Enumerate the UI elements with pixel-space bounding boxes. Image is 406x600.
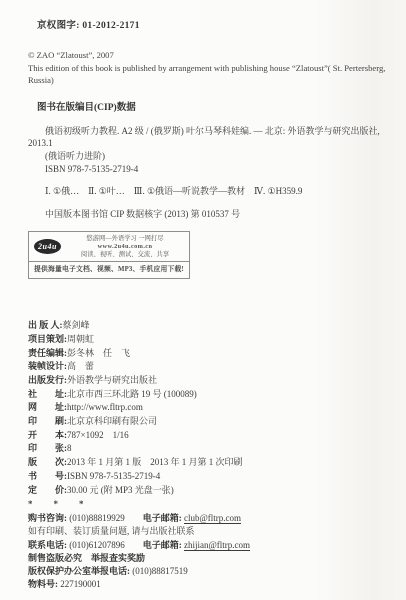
publication-info-value: 2013 年 1 月第 1 版 2013 年 1 月第 1 次印刷 <box>67 456 243 470</box>
cip-classification: Ⅰ. ①俄… Ⅱ. ①叶… Ⅲ. ①俄语—听说教学—教材 Ⅳ. ①H359.9 <box>45 185 392 197</box>
promo-url: www.2u4u.com.cn <box>66 243 184 251</box>
publication-info-row: 印 刷: 北京京科印刷有限公司 <box>28 415 392 429</box>
contact-text: 电子邮箱: <box>143 540 184 550</box>
publication-info-value: http://www.fltrp.com <box>67 401 143 415</box>
publication-info-value: 30.00 元 (附 MP3 光盘一张) <box>67 484 174 498</box>
publication-info-row: 书 号: ISBN 978-7-5135-2719-4 <box>28 470 392 484</box>
contact-text: 联系电话: <box>28 540 69 550</box>
cip-isbn: ISBN 978-7-5135-2719-4 <box>45 163 392 175</box>
publication-info-value: 787×1092 1/16 <box>67 429 129 443</box>
contact-row: 版权保护办公室举报电话: (010)88817519 <box>28 565 392 578</box>
promo-box: 2u4u 悠游网—外语学习 一网打尽 www.2u4u.com.cn 阅读、视听… <box>28 231 190 280</box>
publication-info-label: 书 号: <box>28 470 67 484</box>
publication-info: 出 版 人: 蔡剑峰 项目策划: 周朝虹 责任编辑: 彭冬林 任 飞 装帧设计:… <box>28 319 392 497</box>
promo-footer: 提供海量电子文档、视频、MP3、手机应用下载! <box>29 261 189 278</box>
publication-info-value: 周朝虹 <box>67 333 94 347</box>
copyright-notice: © ZAO “Zlatoust”, 2007 This edition of t… <box>28 49 392 87</box>
publication-info-label: 网 址: <box>28 401 67 415</box>
contact-text: 购书咨询: <box>28 513 69 523</box>
book-copyright-page: 京权图字: 01-2012-2171 © ZAO “Zlatoust”, 200… <box>0 0 406 600</box>
publication-info-value: 蔡剑峰 <box>63 319 90 333</box>
copyright-line: © ZAO “Zlatoust”, 2007 <box>28 49 392 62</box>
publication-info-label: 责任编辑: <box>28 347 67 361</box>
2u4u-logo-icon: 2u4u <box>34 239 61 254</box>
contact-text: (010)88817519 <box>132 566 188 576</box>
contact-text: (010)61207896 <box>69 540 143 550</box>
publication-info-label: 开 本: <box>28 429 67 443</box>
cip-record-number: 中国版本图书馆 CIP 数据核字 (2013) 第 010537 号 <box>45 208 392 220</box>
publication-info-label: 版 次: <box>28 456 67 470</box>
promo-text: 悠游网—外语学习 一网打尽 www.2u4u.com.cn 阅读、视听、测试、交… <box>66 235 184 260</box>
contact-text: (010)88819929 <box>69 513 143 523</box>
email-link: zhijian@fltrp.com <box>184 540 250 550</box>
publication-info-label: 装帧设计: <box>28 360 67 374</box>
publication-info-value: 8 <box>67 442 72 456</box>
publication-info-row: 印 张: 8 <box>28 442 392 456</box>
contact-text: 227190001 <box>60 579 101 589</box>
publication-info-value: ISBN 978-7-5135-2719-4 <box>67 470 160 484</box>
publication-info-row: 社 址: 北京市西三环北路 19 号 (100089) <box>28 388 392 402</box>
publication-info-row: 项目策划: 周朝虹 <box>28 333 392 347</box>
publication-info-row: 出 版 人: 蔡剑峰 <box>28 319 392 333</box>
publication-info-value: 北京市西三环北路 19 号 (100089) <box>67 388 197 402</box>
contact-text: 如有印刷、装订质量问题, 请与出版社联系 <box>28 526 195 536</box>
publication-info-row: 版 次: 2013 年 1 月第 1 版 2013 年 1 月第 1 次印刷 <box>28 456 392 470</box>
copyright-line: This edition of this book is published b… <box>28 62 392 87</box>
cip-entry-line: 2013.1 <box>28 137 392 149</box>
contact-row: 制售盗版必究 举报查实奖励 <box>28 552 392 565</box>
publication-info-label: 印 刷: <box>28 415 67 429</box>
cip-heading: 图书在版编目(CIP)数据 <box>37 102 392 114</box>
publication-info-row: 定 价: 30.00 元 (附 MP3 光盘一张) <box>28 484 392 498</box>
publication-info-label: 项目策划: <box>28 333 67 347</box>
publication-info-value: 彭冬林 任 飞 <box>67 347 130 361</box>
contact-text: 物料号: <box>28 579 60 589</box>
publication-info-row: 开 本: 787×1092 1/16 <box>28 429 392 443</box>
publication-info-row: 网 址: http://www.fltrp.com <box>28 401 392 415</box>
contact-text: 制售盗版必究 举报查实奖励 <box>28 553 145 563</box>
publication-info-value: 高 蕾 <box>67 360 94 374</box>
cip-series: (俄语听力进阶) <box>45 150 392 162</box>
publication-info-value: 北京京科印刷有限公司 <box>67 415 157 429</box>
publication-info-row: 出版发行: 外语教学与研究出版社 <box>28 374 392 388</box>
publication-info-label: 出版发行: <box>28 374 67 388</box>
promo-box-top: 2u4u 悠游网—外语学习 一网打尽 www.2u4u.com.cn 阅读、视听… <box>29 232 189 262</box>
registration-number: 京权图字: 01-2012-2171 <box>37 20 392 32</box>
contact-row: 联系电话: (010)61207896 电子邮箱: zhijian@fltrp.… <box>28 539 392 552</box>
contact-text: 版权保护办公室举报电话: <box>28 566 132 576</box>
publication-info-row: 装帧设计: 高 蕾 <box>28 360 392 374</box>
publication-info-label: 定 价: <box>28 484 67 498</box>
publication-info-label: 出 版 人: <box>28 319 63 333</box>
contact-row: 物料号: 227190001 <box>28 578 392 591</box>
promo-features: 阅读、视听、测试、交流、共享 <box>66 251 184 259</box>
contact-row: 如有印刷、装订质量问题, 请与出版社联系 <box>28 525 392 538</box>
publication-info-value: 外语教学与研究出版社 <box>67 374 157 388</box>
publication-info-label: 社 址: <box>28 388 67 402</box>
publication-info-label: 印 张: <box>28 442 67 456</box>
promo-slogan: 悠游网—外语学习 一网打尽 <box>66 235 184 243</box>
contact-row: 购书咨询: (010)88819929 电子邮箱: club@fltrp.com <box>28 512 392 525</box>
contact-text: 电子邮箱: <box>143 513 184 523</box>
contact-section: 购书咨询: (010)88819929 电子邮箱: club@fltrp.com… <box>28 512 392 591</box>
cip-entry: 俄语初级听力教程. A2 级 / (俄罗斯) 叶尔马琴科娃编. — 北京: 外语… <box>28 125 392 149</box>
email-link: club@fltrp.com <box>184 513 241 523</box>
publication-info-row: 责任编辑: 彭冬林 任 飞 <box>28 347 392 361</box>
cip-entry-line: 俄语初级听力教程. A2 级 / (俄罗斯) 叶尔马琴科娃编. — 北京: 外语… <box>28 125 392 137</box>
stars-separator: * * * <box>28 497 392 511</box>
